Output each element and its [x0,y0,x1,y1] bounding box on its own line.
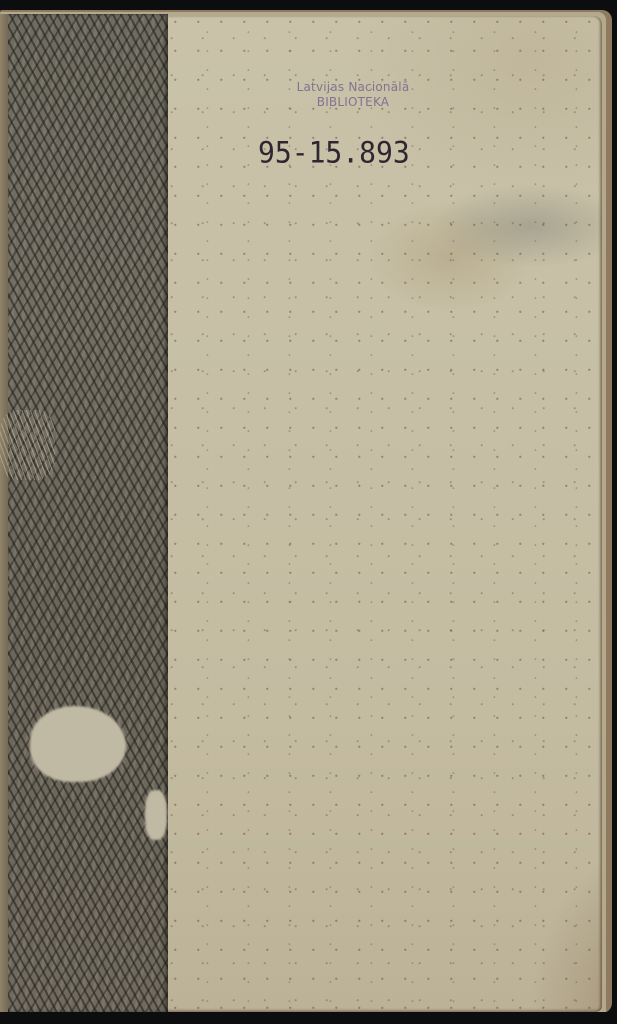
worn-patch-small [145,790,167,840]
stamp-line-1: Latvijas Nacionālā [283,80,423,95]
library-stamp: Latvijas Nacionālā BIBLIOTEKA [283,80,423,110]
handwritten-shelfmark: 95-15.893 [258,135,410,170]
worn-patch [30,706,126,782]
stamp-line-2: BIBLIOTEKA [283,95,423,110]
scan-background [0,1012,617,1024]
loose-threads [0,410,55,480]
marbled-spine [8,14,168,1012]
